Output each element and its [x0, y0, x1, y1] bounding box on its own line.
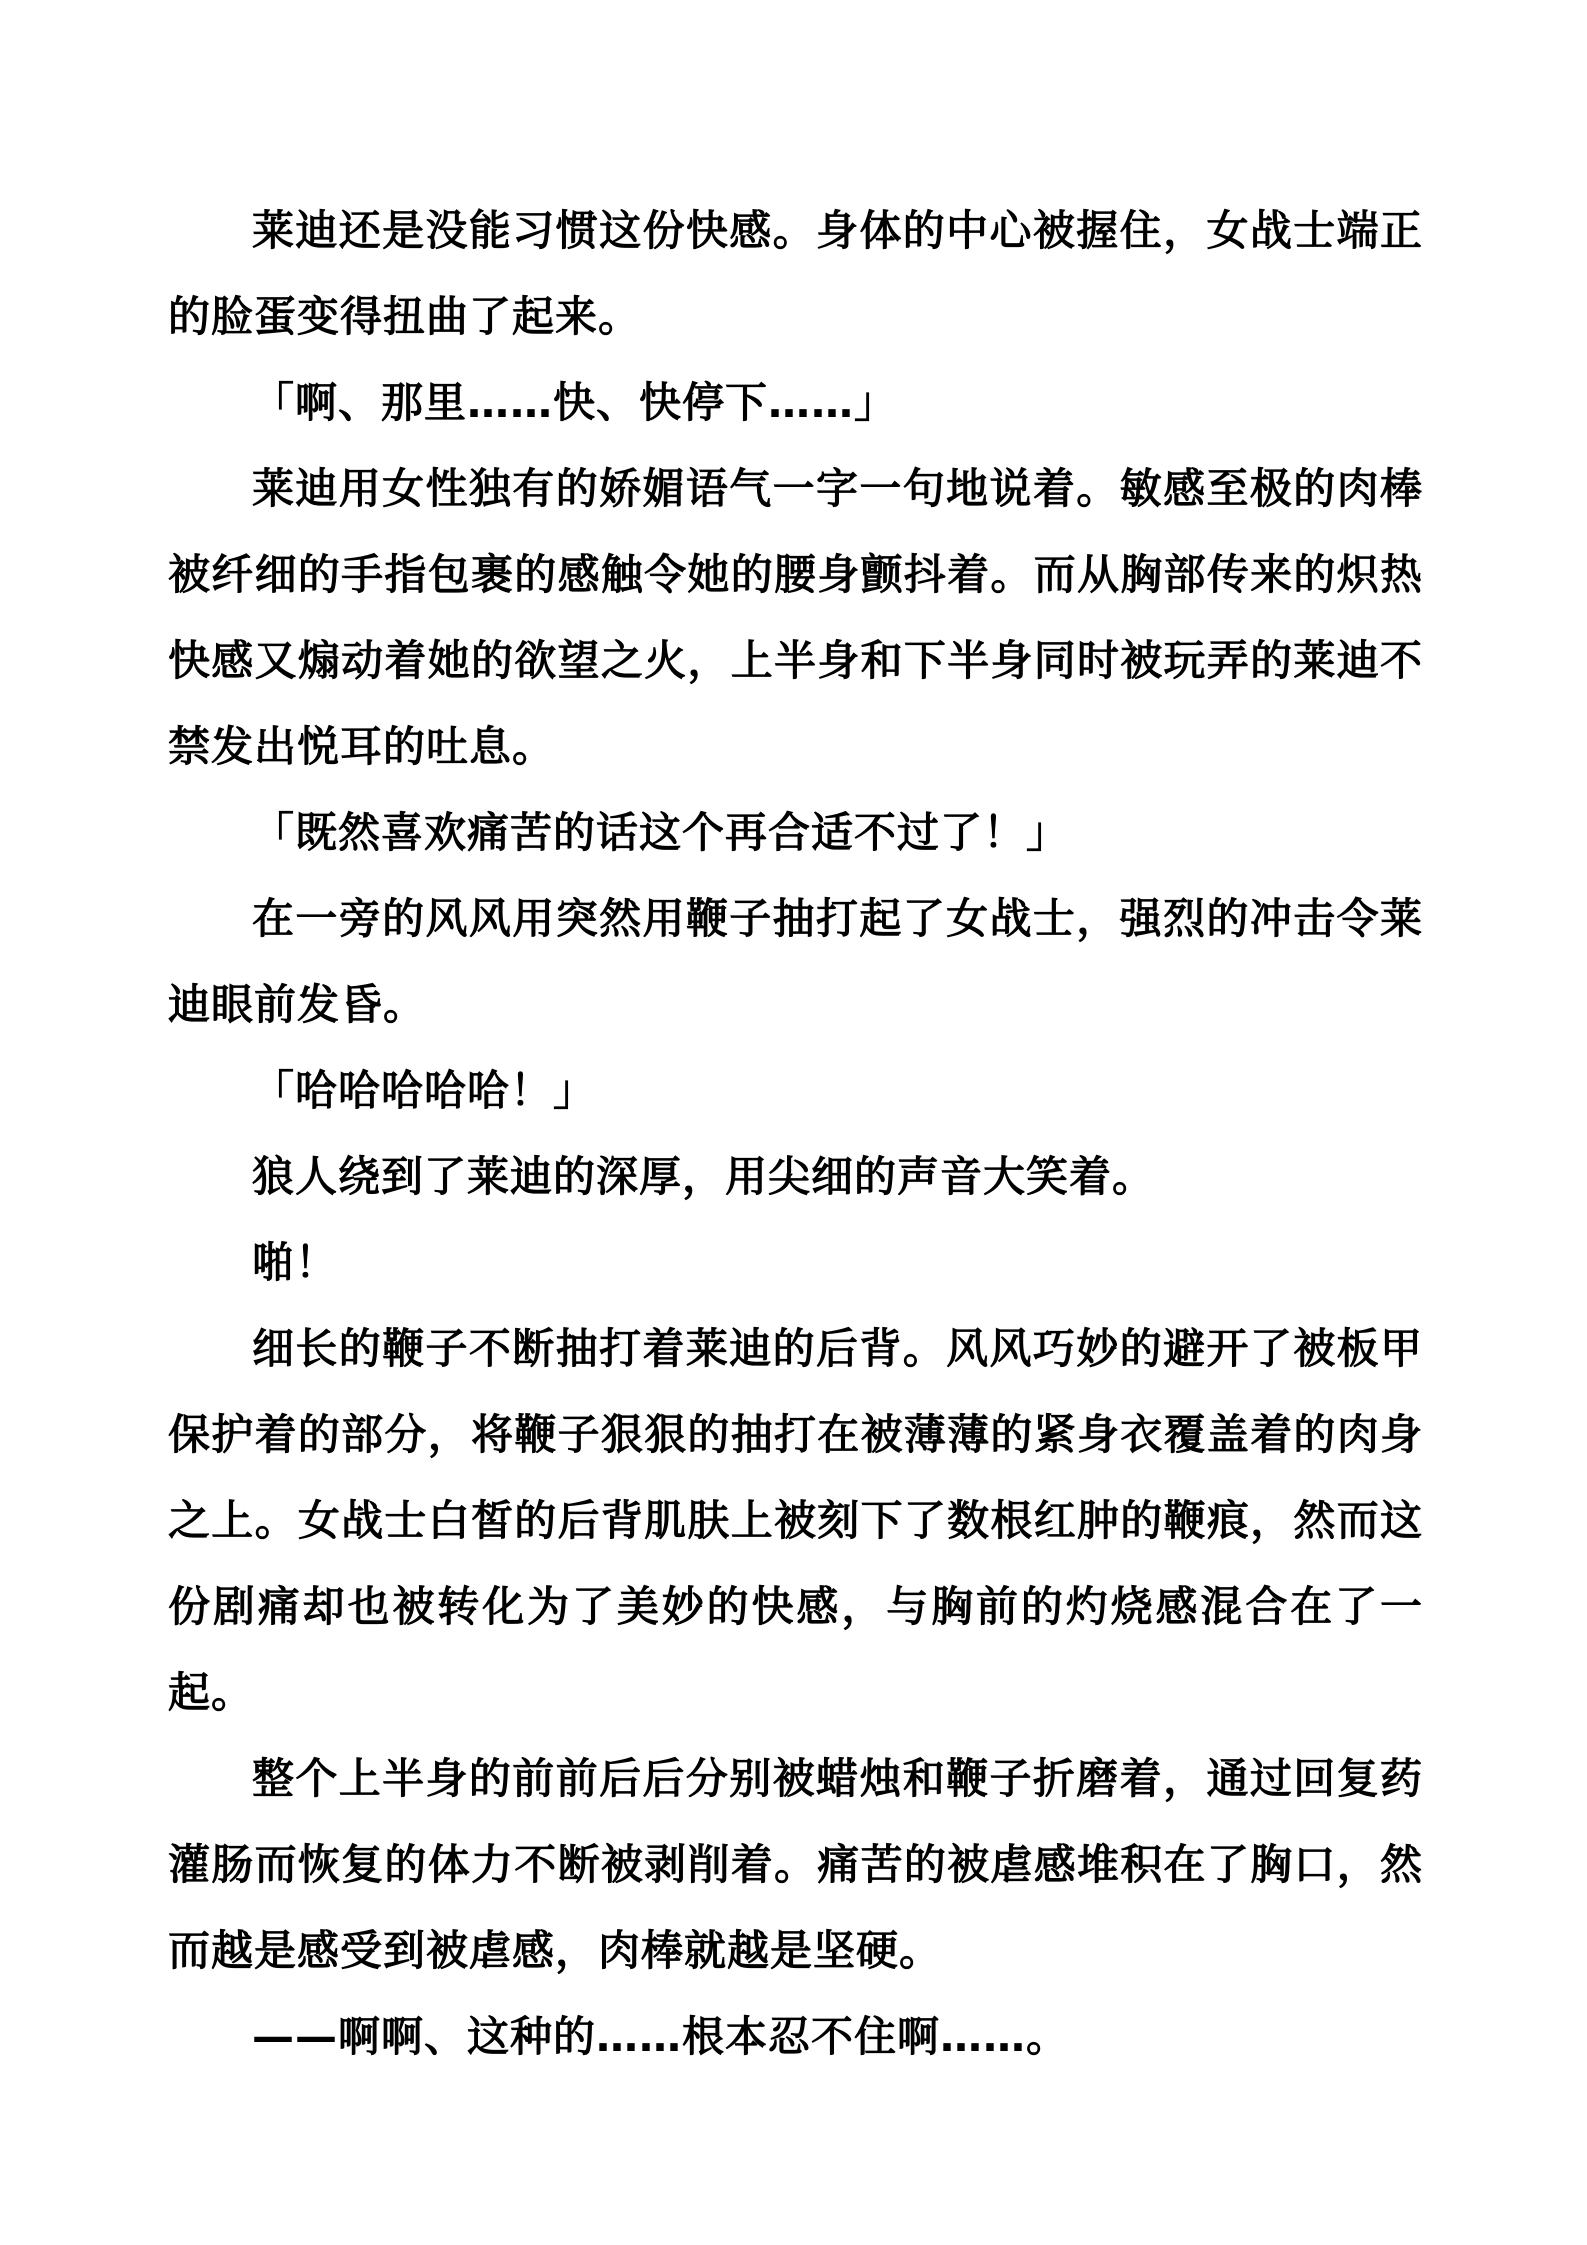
paragraph-narration: 在一旁的风风用突然用鞭子抽打起了女战士，强烈的冲击令莱迪眼前发昏。	[168, 876, 1423, 1048]
paragraph-narration: 狼人绕到了莱迪的深厚，用尖细的声音大笑着。	[168, 1134, 1423, 1220]
paragraph-dialogue: 「啊、那里……快、快停下……」	[168, 360, 1423, 446]
paragraph-monologue: ——啊啊、这种的……根本忍不住啊……。	[168, 1994, 1423, 2080]
document-page: 莱迪还是没能习惯这份快感。身体的中心被握住，女战士端正的脸蛋变得扭曲了起来。 「…	[0, 0, 1587, 2245]
paragraph-narration: 整个上半身的前前后后分别被蜡烛和鞭子折磨着，通过回复药灌肠而恢复的体力不断被剥削…	[168, 1736, 1423, 1994]
paragraph-dialogue: 「哈哈哈哈哈！」	[168, 1048, 1423, 1134]
page-content: 莱迪还是没能习惯这份快感。身体的中心被握住，女战士端正的脸蛋变得扭曲了起来。 「…	[168, 188, 1423, 2080]
paragraph-sfx: 啪！	[168, 1220, 1423, 1306]
paragraph-dialogue: 「既然喜欢痛苦的话这个再合适不过了！」	[168, 790, 1423, 876]
paragraph-narration: 莱迪还是没能习惯这份快感。身体的中心被握住，女战士端正的脸蛋变得扭曲了起来。	[168, 188, 1423, 360]
paragraph-narration: 细长的鞭子不断抽打着莱迪的后背。风风巧妙的避开了被板甲保护着的部分，将鞭子狠狠的…	[168, 1306, 1423, 1736]
paragraph-narration: 莱迪用女性独有的娇媚语气一字一句地说着。敏感至极的肉棒被纤细的手指包裹的感触令她…	[168, 446, 1423, 790]
